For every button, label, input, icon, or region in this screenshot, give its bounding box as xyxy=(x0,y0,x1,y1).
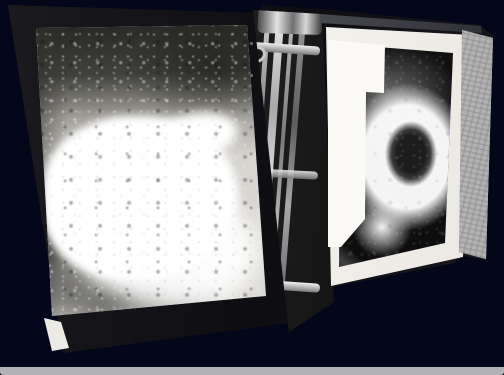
page-edge-hole xyxy=(250,42,253,45)
screenshot-bottom-border xyxy=(0,367,504,375)
photograph-scene xyxy=(0,0,504,375)
